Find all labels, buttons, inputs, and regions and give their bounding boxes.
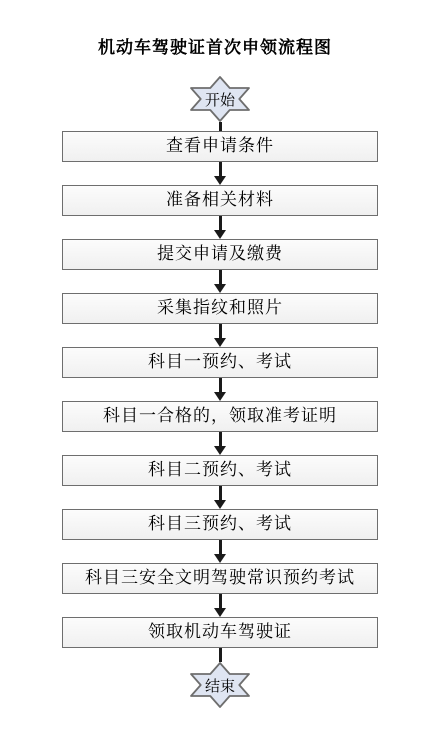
- arrow-down-icon: [214, 500, 226, 509]
- down-arrow: [214, 378, 226, 401]
- arrow-stem: [219, 378, 222, 392]
- arrow-down-icon: [214, 446, 226, 455]
- arrow-down-icon: [214, 284, 226, 293]
- down-arrow: [214, 270, 226, 293]
- arrow-stem: [219, 540, 222, 554]
- arrow-stem: [219, 432, 222, 446]
- step-box-collect-fingerprints: 采集指纹和照片: [62, 293, 378, 324]
- step-box-check-conditions: 查看申请条件: [62, 131, 378, 162]
- arrow-stem: [219, 270, 222, 284]
- arrow-stem: [219, 594, 222, 608]
- step-box-subject3-exam: 科目三预约、考试: [62, 509, 378, 540]
- step-box-subject1-pass-certificate: 科目一合格的，领取准考证明: [62, 401, 378, 432]
- step-box-subject3-safety-knowledge: 科目三安全文明驾驶常识预约考试: [62, 563, 378, 594]
- arrow-down-icon: [214, 392, 226, 401]
- arrow-stem: [219, 324, 222, 338]
- step-box-subject2-exam: 科目二预约、考试: [62, 455, 378, 486]
- end-node: 结束: [189, 662, 251, 708]
- step-box-submit-application: 提交申请及缴费: [62, 239, 378, 270]
- down-arrow: [214, 216, 226, 239]
- down-arrow: [214, 594, 226, 617]
- down-arrow: [214, 162, 226, 185]
- flowchart-title: 机动车驾驶证首次申领流程图: [0, 38, 430, 58]
- flowchart-page: 机动车驾驶证首次申领流程图 开始 查看申请条件 准备相关材料 提交申请及缴费 采…: [0, 0, 430, 729]
- connector-line: [219, 122, 222, 131]
- down-arrow: [214, 486, 226, 509]
- down-arrow: [214, 324, 226, 347]
- down-arrow: [214, 540, 226, 563]
- start-node: 开始: [189, 76, 251, 122]
- step-box-subject1-exam: 科目一预约、考试: [62, 347, 378, 378]
- end-label: 结束: [189, 662, 251, 708]
- arrow-stem: [219, 486, 222, 500]
- arrow-stem: [219, 162, 222, 176]
- connector-line: [219, 648, 222, 662]
- arrow-stem: [219, 216, 222, 230]
- arrow-down-icon: [214, 338, 226, 347]
- down-arrow: [214, 432, 226, 455]
- start-label: 开始: [189, 76, 251, 122]
- step-box-receive-license: 领取机动车驾驶证: [62, 617, 378, 648]
- flowchart: 开始 查看申请条件 准备相关材料 提交申请及缴费 采集指纹和照片 科目一预约、考…: [5, 76, 430, 708]
- arrow-down-icon: [214, 554, 226, 563]
- arrow-down-icon: [214, 608, 226, 617]
- arrow-down-icon: [214, 176, 226, 185]
- step-box-prepare-materials: 准备相关材料: [62, 185, 378, 216]
- arrow-down-icon: [214, 230, 226, 239]
